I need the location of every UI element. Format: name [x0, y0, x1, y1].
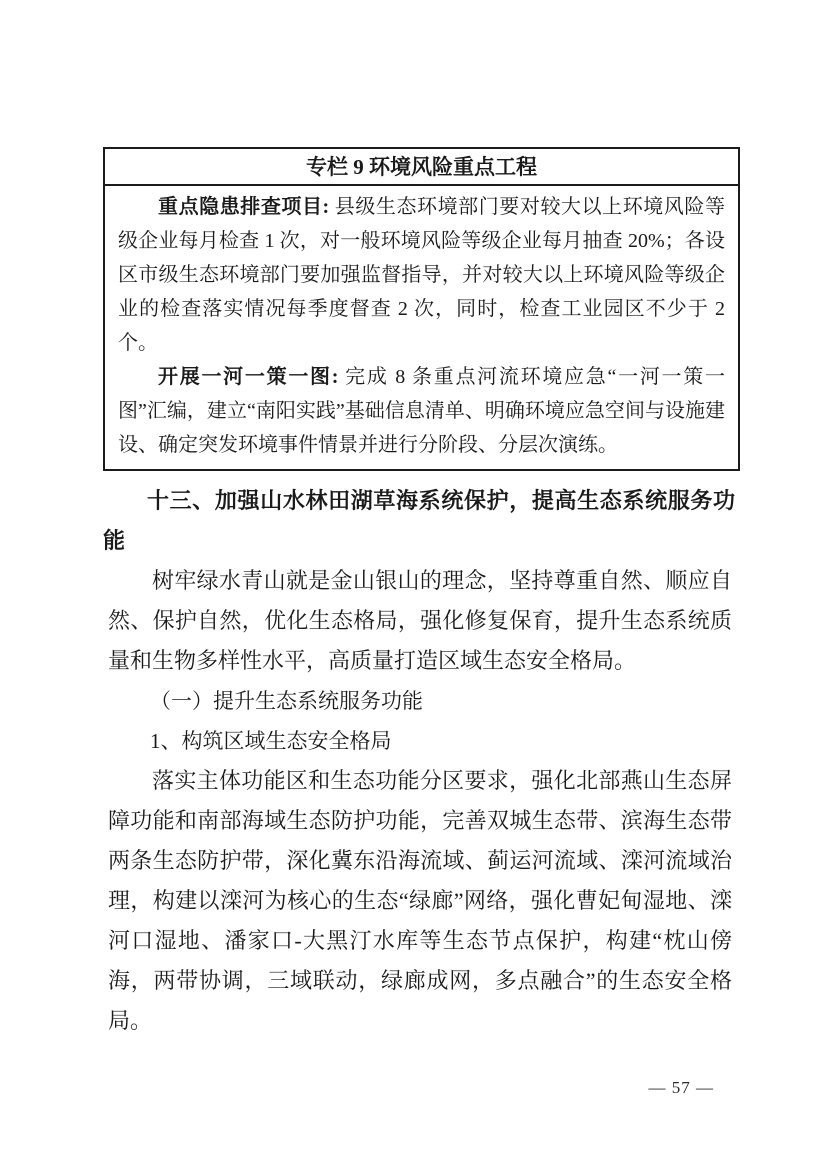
panel-paragraph-text: 县级生态环境部门要对较大以上环境风险等级企业每月检查 1 次，对一般环境风险等级…: [118, 196, 725, 354]
section-heading: 十三、加强山水林田湖草海系统保护，提高生态系统服务功能: [103, 481, 735, 561]
sub-heading-1: （一）提升生态系统服务功能: [108, 681, 732, 721]
sub-heading-2: 1、构筑区域生态安全格局: [108, 721, 732, 761]
panel-title: 专栏 9 环境风险重点工程: [105, 149, 738, 186]
body-paragraph-2: 落实主体功能区和生态功能分区要求，强化北部燕山生态屏障功能和南部海域生态防护功能…: [108, 761, 732, 1041]
panel-paragraph: 开展一河一策一图: 完成 8 条重点河流环境应急“一河一策一图”汇编，建立“南阳…: [118, 360, 725, 462]
panel-paragraph: 重点隐患排查项目: 县级生态环境部门要对较大以上环境风险等级企业每月检查 1 次…: [118, 190, 725, 360]
panel-paragraph-lead: 重点隐患排查项目:: [158, 196, 329, 218]
page-content: 专栏 9 环境风险重点工程 重点隐患排查项目: 县级生态环境部门要对较大以上环境…: [103, 147, 740, 1041]
body-paragraph-1: 树牢绿水青山就是金山银山的理念，坚持尊重自然、顺应自然、保护自然，优化生态格局，…: [108, 561, 732, 681]
panel-paragraph-lead: 开展一河一策一图:: [158, 366, 338, 388]
panel-body: 重点隐患排查项目: 县级生态环境部门要对较大以上环境风险等级企业每月检查 1 次…: [105, 186, 738, 469]
document-page: 专栏 9 环境风险重点工程 重点隐患排查项目: 县级生态环境部门要对较大以上环境…: [0, 0, 826, 1169]
page-number: — 57 —: [649, 1078, 715, 1098]
highlight-panel: 专栏 9 环境风险重点工程 重点隐患排查项目: 县级生态环境部门要对较大以上环境…: [103, 147, 740, 471]
